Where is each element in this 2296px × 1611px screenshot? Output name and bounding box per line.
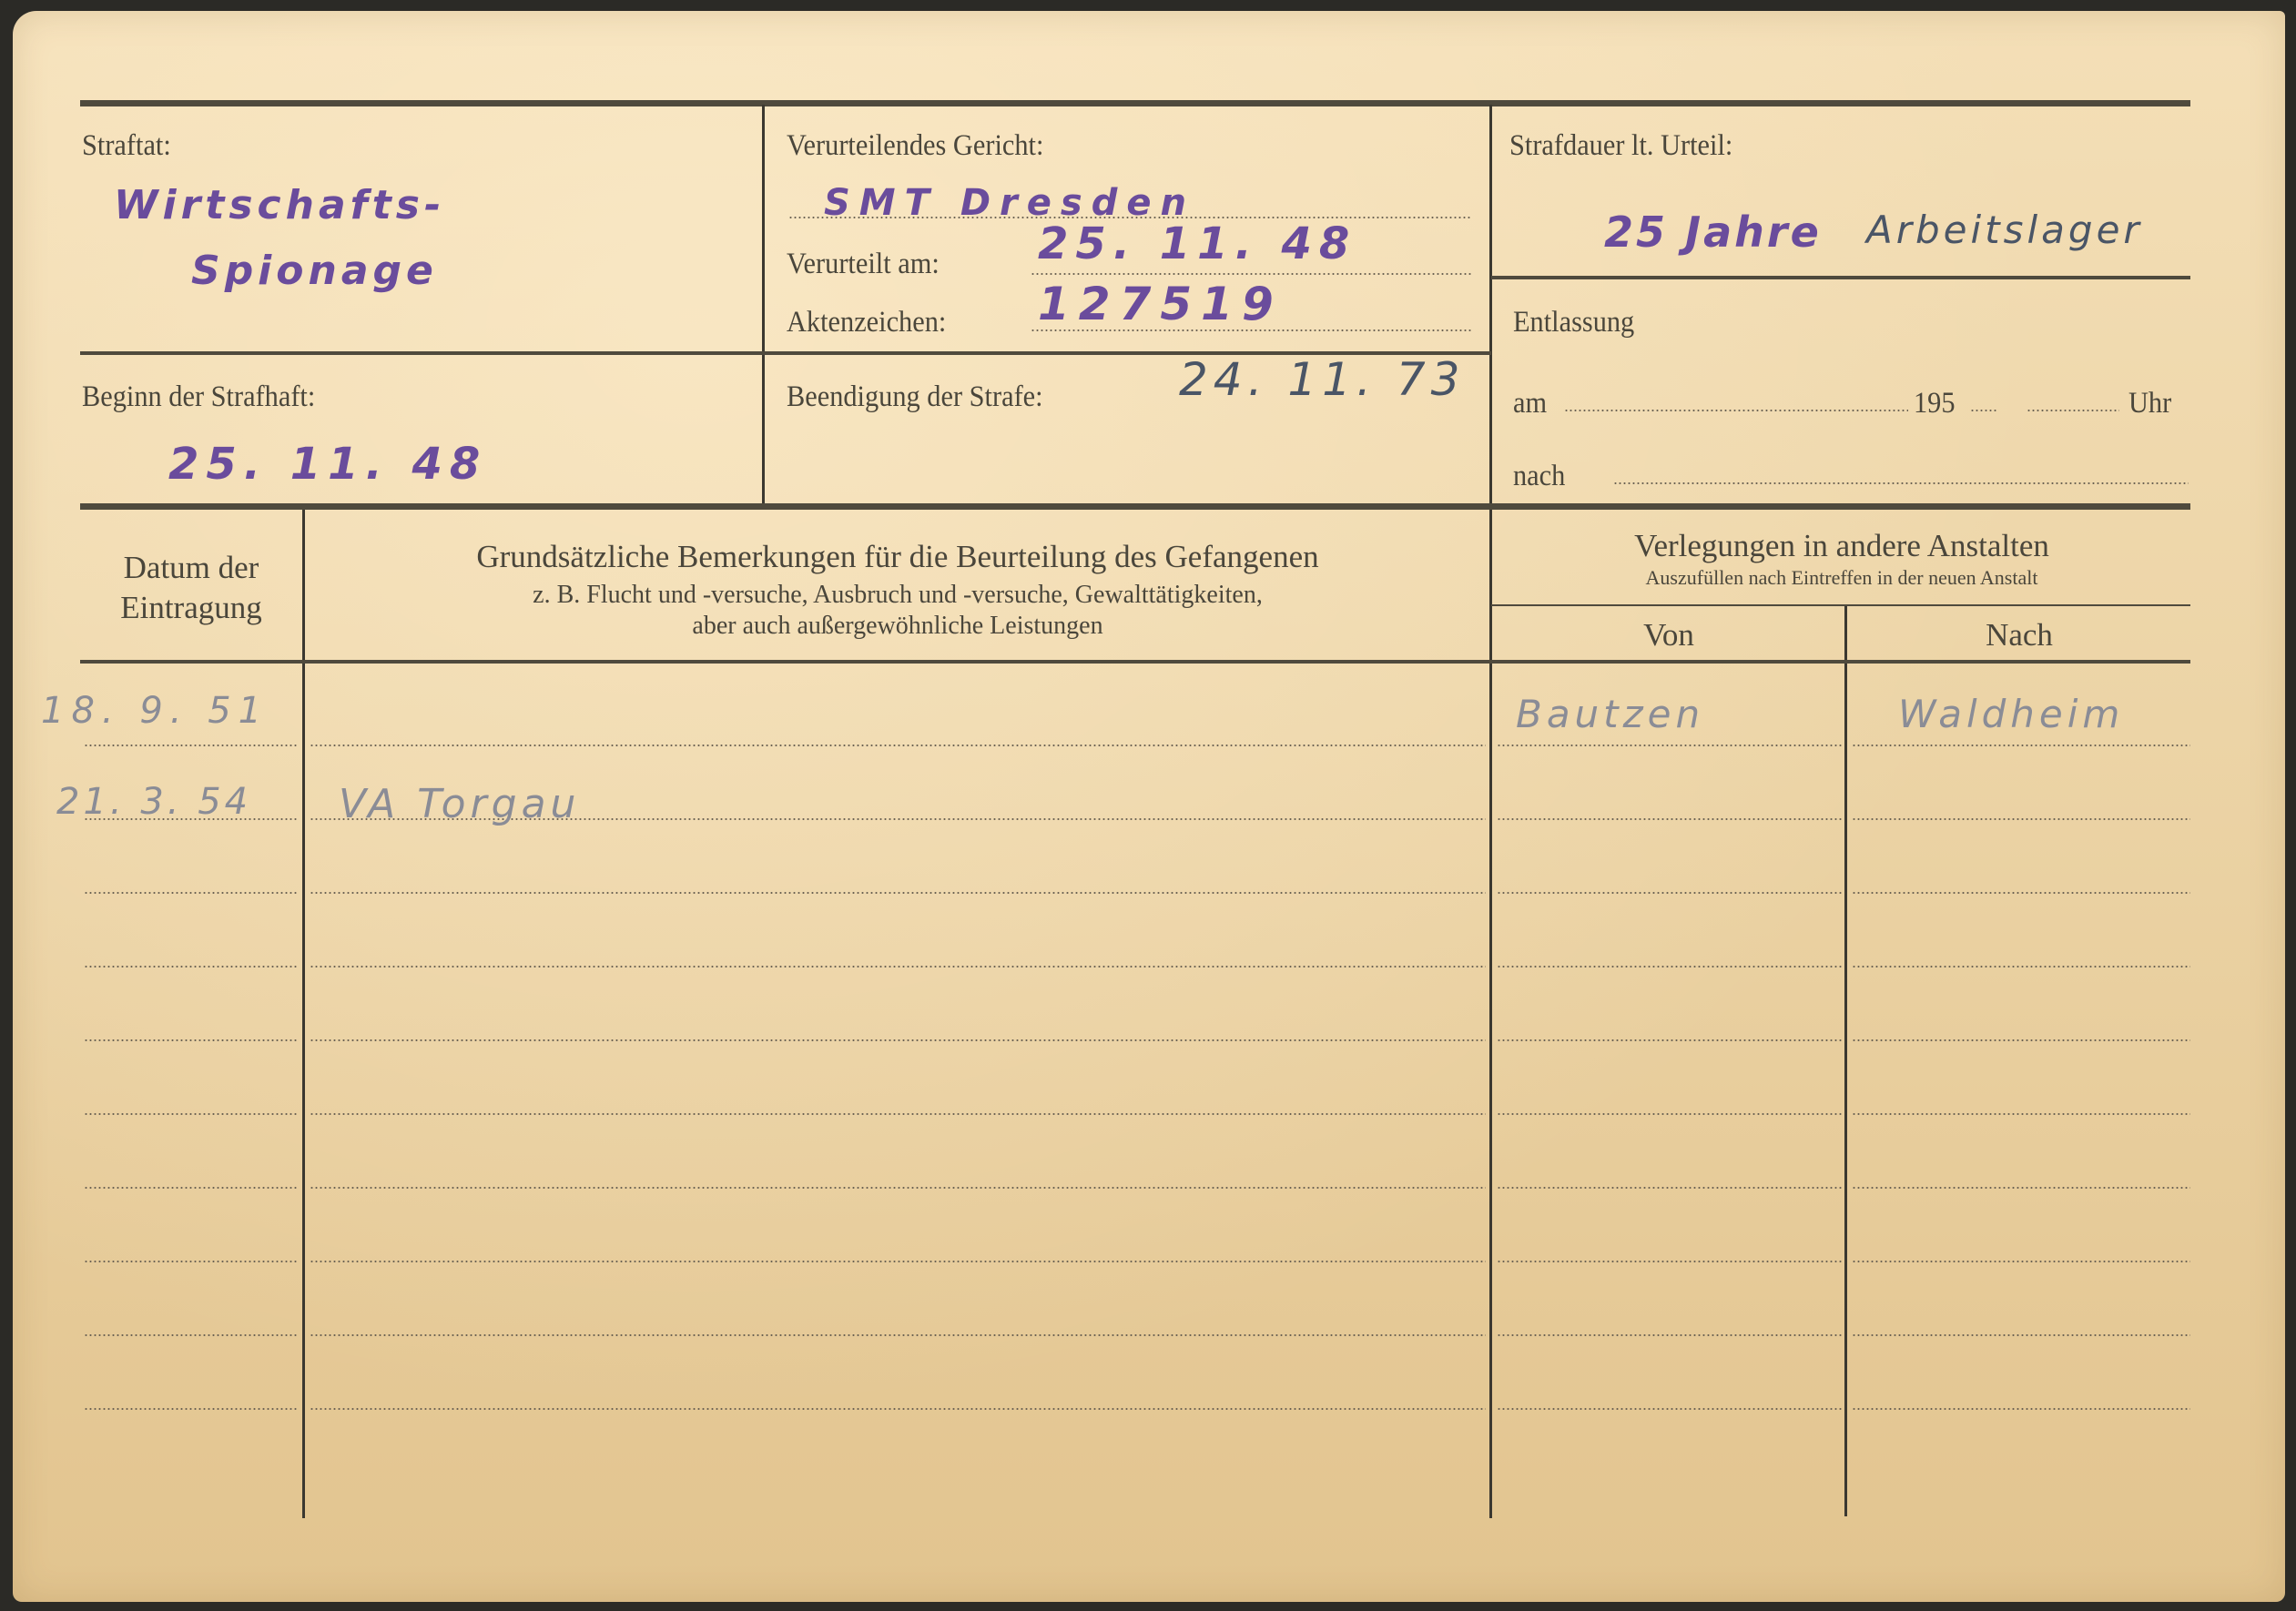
entlassung-nach-label: nach bbox=[1513, 460, 1565, 493]
table-row-line bbox=[310, 1187, 1486, 1189]
divider-straftat-gericht bbox=[762, 105, 765, 508]
table-row-line bbox=[84, 1334, 299, 1336]
divider-gericht-strafdauer bbox=[1489, 105, 1492, 508]
table-row-line bbox=[1497, 1187, 1843, 1189]
table-row-line bbox=[84, 1261, 299, 1262]
strafdauer-label: Strafdauer lt. Urteil: bbox=[1509, 129, 1732, 163]
table-row-line bbox=[1497, 1261, 1843, 1262]
table-row-line bbox=[1497, 745, 1843, 746]
table-row-line bbox=[310, 745, 1486, 746]
rule-before-table bbox=[80, 503, 2190, 510]
table-row-line bbox=[1852, 892, 2190, 894]
table-row-line bbox=[1852, 966, 2190, 968]
entlassung-time-dotted bbox=[2027, 410, 2119, 411]
verurteilt-label: Verurteilt am: bbox=[787, 248, 940, 281]
aktenzeichen-dotted-line bbox=[1031, 329, 1471, 331]
table-row-line bbox=[1852, 1113, 2190, 1115]
col-header-verlegungen-sub: Auszufüllen nach Eintreffen in der neuen… bbox=[1493, 566, 2190, 590]
entlassung-am-dotted bbox=[1564, 410, 1908, 411]
table-row-line bbox=[1497, 966, 1843, 968]
table-row-line bbox=[1852, 1187, 2190, 1189]
table-row-line bbox=[310, 1334, 1486, 1336]
col-header-datum-line1: Datum der bbox=[80, 550, 302, 586]
verlegungen-subheader-rule bbox=[1491, 604, 2190, 606]
beginn-label: Beginn der Strafhaft: bbox=[82, 380, 315, 414]
col-header-von: Von bbox=[1493, 617, 1844, 654]
entlassung-uhr-label: Uhr bbox=[2128, 387, 2171, 420]
table-row-line bbox=[310, 1113, 1486, 1115]
entlassung-nach-dotted bbox=[1613, 482, 2189, 484]
verurteilt-value: 25. 11. 48 bbox=[1038, 218, 1356, 269]
table-row-line bbox=[1852, 745, 2190, 746]
table-row-line bbox=[1852, 1408, 2190, 1410]
table-row-line bbox=[1497, 1334, 1843, 1336]
table-row-line bbox=[310, 1261, 1486, 1262]
straftat-value-line1: Wirtschafts- bbox=[114, 182, 445, 228]
table-row-line bbox=[1497, 1039, 1843, 1041]
table-row-line bbox=[310, 1039, 1486, 1041]
table-row-line bbox=[84, 966, 299, 968]
row-2-datum: 21. 3. 54 bbox=[56, 781, 251, 823]
row-1-nach: Waldheim bbox=[1898, 692, 2124, 736]
entlassung-year-prefix: 195 bbox=[1914, 387, 1956, 420]
table-row-line bbox=[1852, 1261, 2190, 1262]
table-row-line bbox=[84, 892, 299, 894]
straftat-value-line2: Spionage bbox=[191, 248, 438, 294]
table-row-line bbox=[84, 1039, 299, 1041]
col-header-verlegungen-title: Verlegungen in andere Anstalten bbox=[1493, 528, 2190, 564]
entlassung-am-label: am bbox=[1513, 387, 1547, 420]
table-row-line bbox=[84, 1113, 299, 1115]
strafdauer-value-part2: Arbeitslager bbox=[1866, 208, 2143, 252]
row-1-von: Bautzen bbox=[1516, 692, 1704, 736]
row-2-bemerkung: VA Torgau bbox=[339, 781, 580, 827]
table-row-line bbox=[310, 1408, 1486, 1410]
aktenzeichen-label: Aktenzeichen: bbox=[787, 306, 946, 339]
table-row-line bbox=[1852, 818, 2190, 820]
table-row-line bbox=[1497, 1113, 1843, 1115]
col-header-nach: Nach bbox=[1848, 617, 2190, 654]
entlassung-label: Entlassung bbox=[1513, 306, 1634, 339]
straftat-label: Straftat: bbox=[82, 129, 171, 163]
table-row-line bbox=[1497, 892, 1843, 894]
table-row-line bbox=[84, 1408, 299, 1410]
beendigung-label: Beendigung der Strafe: bbox=[787, 380, 1043, 414]
aktenzeichen-value: 127519 bbox=[1038, 278, 1283, 330]
table-row-line bbox=[310, 966, 1486, 968]
table-row-line bbox=[1497, 818, 1843, 820]
top-rule bbox=[80, 100, 2190, 106]
beendigung-value: 24. 11. 73 bbox=[1179, 353, 1465, 406]
col-header-bemerkungen-title: Grundsätzliche Bemerkungen für die Beurt… bbox=[306, 539, 1489, 575]
table-row-line bbox=[84, 1187, 299, 1189]
col-header-bemerkungen-sub2: aber auch außergewöhnliche Leistungen bbox=[306, 612, 1489, 641]
col-header-bemerkungen-sub1: z. B. Flucht und -versuche, Ausbruch und… bbox=[306, 581, 1489, 610]
row-1-datum: 18. 9. 51 bbox=[41, 690, 269, 732]
rule-strafdauer bbox=[1491, 276, 2190, 279]
table-row-line bbox=[310, 892, 1486, 894]
rule-after-table-header bbox=[80, 660, 2190, 664]
gericht-label: Verurteilendes Gericht: bbox=[787, 129, 1043, 163]
entlassung-year-dotted bbox=[1970, 410, 1997, 411]
strafdauer-value-part1: 25 Jahre bbox=[1604, 208, 1822, 257]
beginn-value: 25. 11. 48 bbox=[168, 439, 487, 490]
verurteilt-dotted-line bbox=[1031, 273, 1471, 275]
table-col-divider-3 bbox=[1844, 606, 1847, 1516]
col-header-datum-line2: Eintragung bbox=[80, 590, 302, 626]
table-row-line bbox=[84, 745, 299, 746]
table-row-line bbox=[1497, 1408, 1843, 1410]
table-row-line bbox=[1852, 1334, 2190, 1336]
table-row-line bbox=[1852, 1039, 2190, 1041]
